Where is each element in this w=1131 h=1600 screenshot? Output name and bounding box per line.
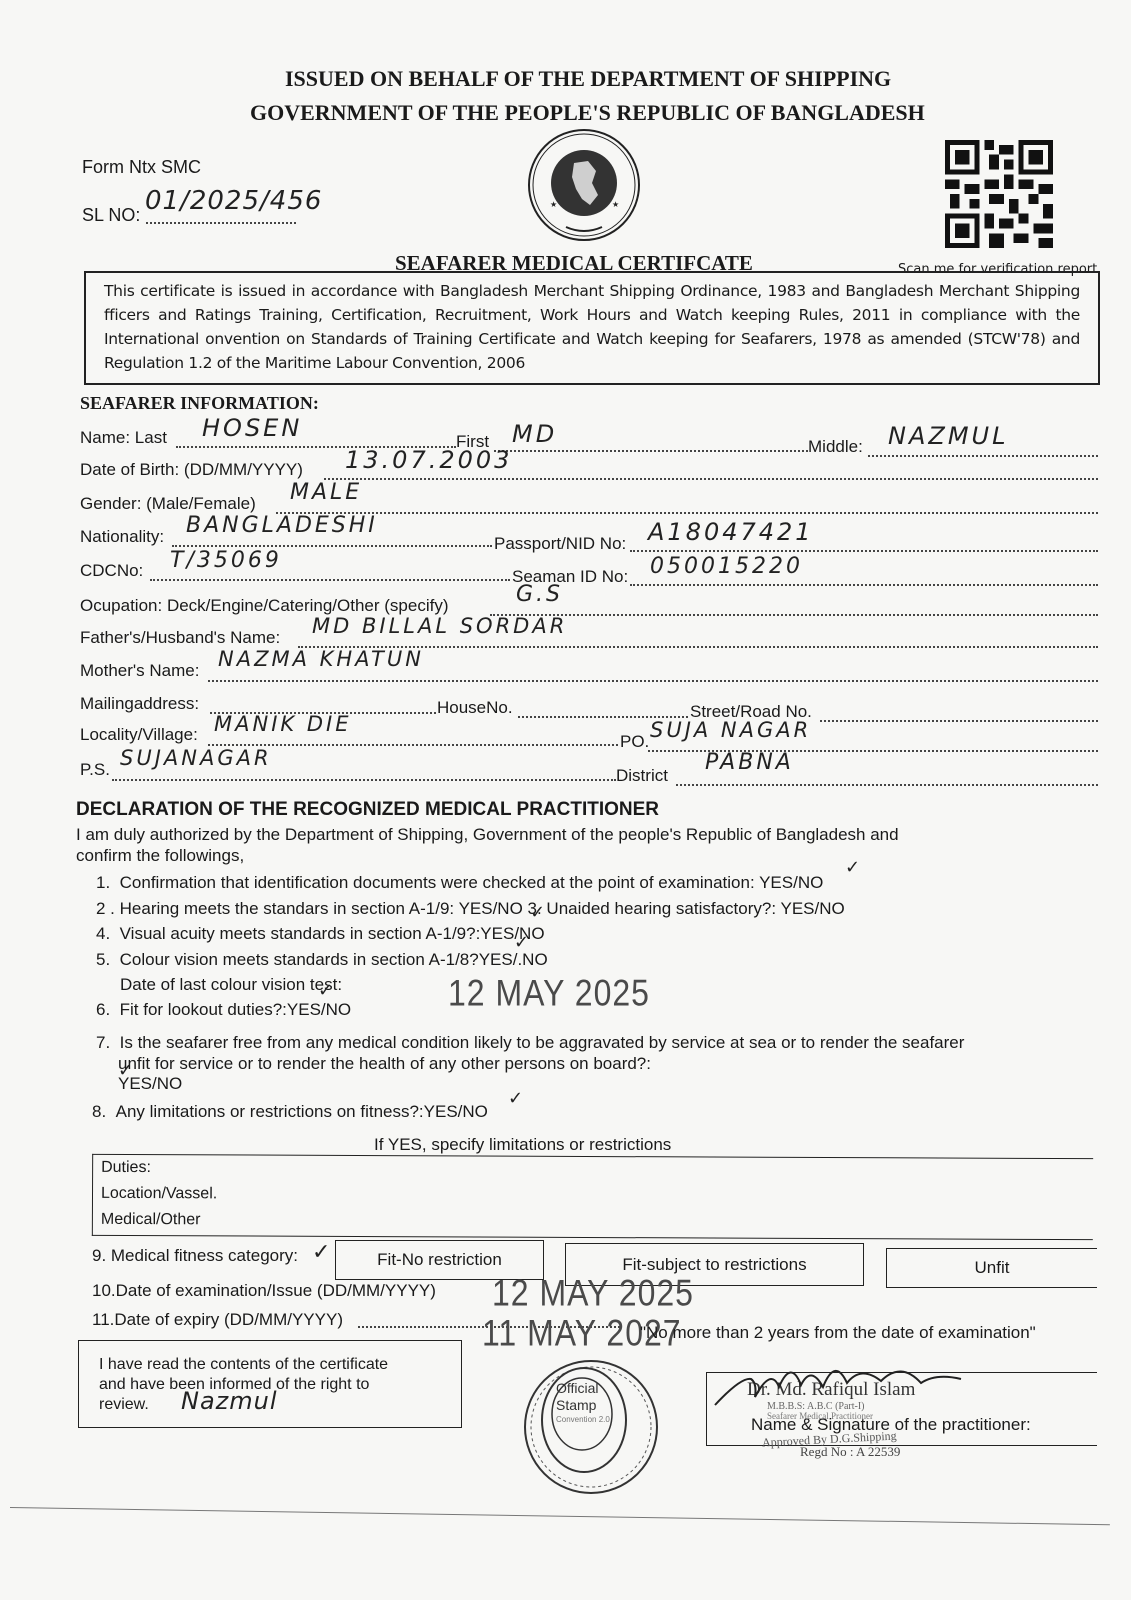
- colour-vision-test-label: Date of last colour vision test:: [120, 975, 342, 995]
- bottom-divider: [10, 1507, 1110, 1525]
- house-no-label: HouseNo.: [437, 698, 513, 718]
- father-label: Father's/Husband's Name:: [80, 628, 280, 648]
- sl-no-value: 01/2025/456: [145, 186, 322, 216]
- government-seal-icon: ★ ★: [526, 127, 642, 243]
- check-mark-icon: ✓: [118, 1060, 133, 1081]
- gender-label: Gender: (Male/Female): [80, 494, 256, 514]
- practitioner-regd-no: Regd No : A 22539: [800, 1444, 900, 1460]
- stamp-line-2: Stamp: [556, 1397, 596, 1413]
- declaration-intro-1: I am duly authorized by the Department o…: [76, 825, 899, 845]
- name-last-value: HOSEN: [202, 414, 302, 442]
- stamp-line-3: Convention 2.0: [556, 1415, 610, 1424]
- header-line-1: ISSUED ON BEHALF OF THE DEPARTMENT OF SH…: [285, 66, 891, 92]
- ack-line-1: I have read the contents of the certific…: [99, 1355, 461, 1375]
- qr-code-icon[interactable]: [944, 140, 1054, 248]
- fitness-option-unfit[interactable]: Unfit: [886, 1248, 1097, 1288]
- district-value: PABNA: [705, 750, 794, 775]
- dob-label: Date of Birth: (DD/MM/YYYY): [80, 460, 303, 480]
- check-mark-icon: ✓: [845, 857, 860, 878]
- declaration-item-1: 1. Confirmation that identification docu…: [96, 873, 823, 893]
- mother-label: Mother's Name:: [80, 661, 199, 681]
- sl-no-label: SL NO:: [82, 205, 140, 226]
- declaration-heading: DECLARATION OF THE RECOGNIZED MEDICAL PR…: [76, 799, 659, 821]
- header-line-2: GOVERNMENT OF THE PEOPLE'S REPUBLIC OF B…: [250, 100, 925, 126]
- declaration-item-7-line-2: unfit for service or to render the healt…: [118, 1054, 651, 1074]
- district-label: District: [616, 766, 668, 786]
- declaration-item-7: 7. Is the seafarer free from any medical…: [96, 1033, 964, 1053]
- ack-line-2: and have been informed of the right to: [99, 1375, 461, 1395]
- ps-value: SUJANAGAR: [120, 746, 272, 770]
- restrictions-caption: If YES, specify limitations or restricti…: [374, 1135, 671, 1155]
- fitness-category-label: 9. Medical fitness category:: [92, 1246, 298, 1266]
- occupation-value: G.S: [516, 582, 563, 607]
- restriction-medical: Medical/Other: [101, 1207, 1085, 1237]
- intro-text: This certificate is issued in accordance…: [86, 273, 1098, 381]
- official-stamp-icon: Official Stamp Convention 2.0: [522, 1358, 660, 1496]
- dob-value: 13.07.2003: [345, 446, 512, 474]
- gender-value: MALE: [290, 480, 362, 505]
- po-value: SUJA NAGAR: [650, 718, 811, 742]
- stamp-line-1: Official: [556, 1380, 599, 1396]
- svg-text:★: ★: [612, 200, 619, 209]
- cdc-label: CDCNo:: [80, 561, 143, 581]
- svg-text:★: ★: [550, 200, 557, 209]
- intro-box: This certificate is issued in accordance…: [84, 271, 1100, 385]
- restrictions-box: Duties: Location/Vassel. Medical/Other: [92, 1154, 1093, 1240]
- practitioner-signature-icon: [711, 1357, 971, 1417]
- declaration-item-5: 5. Colour vision meets standards in sect…: [96, 950, 548, 970]
- check-mark-icon: ✓: [508, 1088, 523, 1109]
- name-last-label: Name: Last: [80, 428, 167, 448]
- name-middle-value: NAZMUL: [888, 422, 1008, 450]
- cdc-value: T/35069: [170, 548, 282, 573]
- seaman-id-value: 050015220: [650, 554, 803, 579]
- occupation-label: Ocupation: Deck/Engine/Catering/Other (s…: [80, 596, 449, 616]
- mailing-label: Mailingaddress:: [80, 694, 199, 714]
- mother-value: NAZMA KHATUN: [218, 647, 424, 671]
- locality-value: MANIK DIE: [214, 712, 351, 736]
- check-mark-icon: ✓: [318, 980, 333, 1001]
- declaration-intro-2: confirm the followings,: [76, 846, 244, 866]
- check-mark-icon: ✓: [530, 902, 545, 923]
- seafarer-signature: Nazmul: [181, 1387, 278, 1415]
- father-value: MD BILLAL SORDAR: [312, 614, 567, 638]
- passport-value: A18047421: [648, 518, 814, 546]
- exam-date-stamp: 12 MAY 2025: [492, 1272, 694, 1315]
- seafarer-info-heading: SEAFARER INFORMATION:: [80, 393, 319, 414]
- declaration-item-2: 2 . Hearing meets the standars in sectio…: [96, 899, 845, 919]
- passport-label: Passport/NID No:: [494, 534, 626, 554]
- declaration-item-8: 8. Any limitations or restrictions on fi…: [92, 1102, 488, 1122]
- exam-date-label: 10.Date of examination/Issue (DD/MM/YYYY…: [92, 1281, 436, 1301]
- locality-label: Locality/Village:: [80, 725, 198, 745]
- acknowledgement-box: I have read the contents of the certific…: [78, 1340, 462, 1428]
- check-mark-icon: ✓: [312, 1240, 330, 1265]
- declaration-item-4: 4. Visual acuity meets standards in sect…: [96, 924, 545, 944]
- ack-line-3: review.: [99, 1395, 461, 1415]
- name-middle-label: Middle:: [808, 437, 863, 457]
- po-label: PO.: [620, 732, 649, 752]
- name-first-value: MD: [512, 420, 557, 448]
- nationality-label: Nationality:: [80, 527, 164, 547]
- form-label: Form Ntx SMC: [82, 157, 201, 178]
- nationality-value: BANGLADESHI: [186, 513, 378, 538]
- ps-label: P.S.: [80, 760, 110, 780]
- expiry-note: "No more than 2 years from the date of e…: [640, 1323, 1036, 1343]
- declaration-item-6: 6. Fit for lookout duties?:YES/NO: [96, 1000, 351, 1020]
- expiry-date-label: 11.Date of expiry (DD/MM/YYYY): [92, 1310, 343, 1330]
- colour-vision-test-date-stamp: 12 MAY 2025: [448, 972, 650, 1015]
